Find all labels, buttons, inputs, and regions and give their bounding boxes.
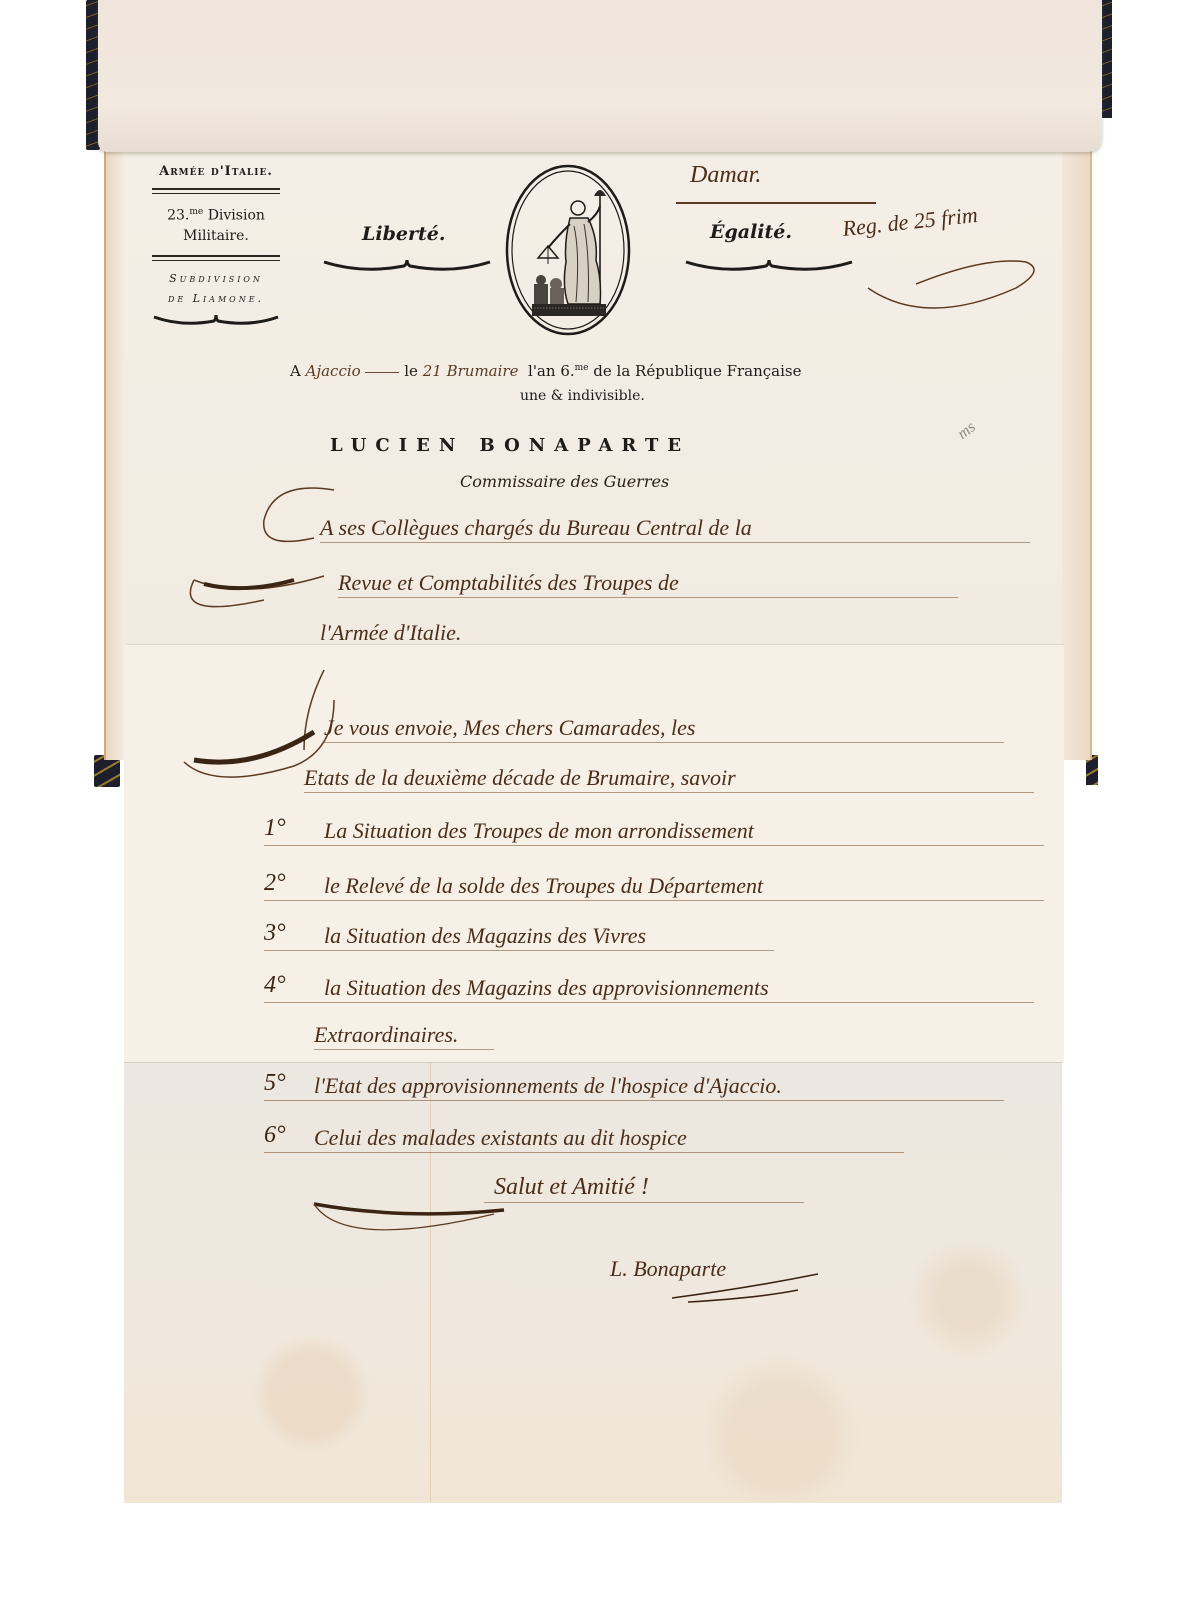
ornamental-brace-icon — [152, 313, 280, 327]
division-number: 23. — [167, 208, 189, 224]
body-line-1: Je vous envoie, Mes chers Camarades, les — [324, 715, 695, 741]
album-binding-right — [1102, 0, 1112, 118]
subdivision-line-1: Subdivision — [146, 269, 286, 289]
dateline-blank — [365, 372, 399, 373]
division-word: Division — [208, 208, 265, 224]
ruled-line — [264, 1002, 1034, 1003]
issuer-name: LUCIEN BONAPARTE — [330, 435, 690, 456]
dateline-line-2: une & indivisible. — [520, 388, 645, 404]
dateline-day: 21 — [423, 362, 442, 380]
dateline-republic: de la République Française — [593, 362, 801, 380]
subdivision-line-2: de Liamone. — [146, 289, 286, 309]
ruled-line — [264, 950, 774, 951]
divider-rule — [152, 188, 280, 194]
issuer-title: Commissaire des Guerres — [460, 472, 669, 491]
body-line-2: Etats de la deuxième décade de Brumaire,… — [304, 765, 736, 791]
addressee-line-2: Revue et Comptabilités des Troupes de — [338, 570, 679, 596]
item-text-4: la Situation des Magazins des approvisio… — [324, 975, 769, 1001]
dateline-year-number: 6. — [560, 362, 574, 380]
dateline-year-prefix: l'an — [528, 362, 556, 380]
dateline: A Ajaccio le 21 Brumaire l'an 6.me de la… — [290, 362, 802, 380]
division-line: 23.me Division — [146, 202, 286, 226]
ruled-line — [324, 742, 1004, 743]
dateline-month: Brumaire — [447, 362, 519, 380]
dateline-prefix: A — [290, 362, 301, 380]
ruled-line — [320, 542, 1030, 543]
annotation-underline — [676, 202, 876, 204]
addressee-line-1: A ses Collègues chargés du Bureau Centra… — [320, 515, 752, 541]
division-line-2: Militaire. — [146, 226, 286, 246]
ruled-line — [338, 597, 958, 598]
ruled-line — [264, 845, 1044, 846]
annotation-name: Damar. — [690, 162, 761, 189]
ruled-line — [264, 1100, 1004, 1101]
item-text-4-continuation: Extraordinaires. — [314, 1022, 458, 1048]
item-text-6: Celui des malades existants au dit hospi… — [314, 1125, 687, 1151]
ruled-line — [264, 900, 1044, 901]
division-suffix: me — [189, 207, 203, 217]
ruled-line — [304, 792, 1034, 793]
closing-flourish-icon — [304, 1180, 524, 1250]
item-number-1: 1° — [264, 815, 286, 842]
item-text-3: la Situation des Magazins des Vivres — [324, 923, 646, 949]
motto-liberte: Liberté. — [362, 223, 445, 245]
letterhead-army-block: Armée d'Italie. 23.me Division Militaire… — [146, 164, 286, 327]
motto-egalite: Égalité. — [710, 221, 792, 243]
album-turned-page — [98, 0, 1102, 152]
liberty-vignette-icon — [504, 162, 632, 338]
calligraphic-flourish-icon — [184, 480, 384, 620]
registry-flourish-icon — [866, 248, 1046, 318]
divider-rule — [152, 255, 280, 261]
signature-paraph-icon — [668, 1268, 828, 1308]
dateline-place: Ajaccio — [306, 362, 361, 380]
item-number-6: 6° — [264, 1122, 286, 1149]
item-number-3: 3° — [264, 920, 286, 947]
addressee-line-3: l'Armée d'Italie. — [320, 620, 461, 646]
ruled-line — [264, 1152, 904, 1153]
ruled-line — [314, 1049, 494, 1050]
item-number-2: 2° — [264, 870, 286, 897]
dateline-le: le — [404, 362, 418, 380]
ruled-line — [484, 1202, 804, 1203]
ornamental-brace-icon — [684, 258, 854, 274]
closing-salutation: Salut et Amitié ! — [494, 1174, 649, 1201]
item-number-5: 5° — [264, 1070, 286, 1097]
item-text-5: l'Etat des approvisionnements de l'hospi… — [314, 1073, 782, 1099]
letter-sheet: Armée d'Italie. 23.me Division Militaire… — [124, 150, 1062, 1502]
ornamental-brace-icon — [322, 258, 492, 274]
dateline-year-suffix: me — [575, 363, 589, 373]
item-text-1: La Situation des Troupes de mon arrondis… — [324, 818, 754, 844]
army-title: Armée d'Italie. — [146, 164, 286, 179]
item-text-2: le Relevé de la solde des Troupes du Dép… — [324, 873, 763, 899]
item-number-4: 4° — [264, 972, 286, 999]
